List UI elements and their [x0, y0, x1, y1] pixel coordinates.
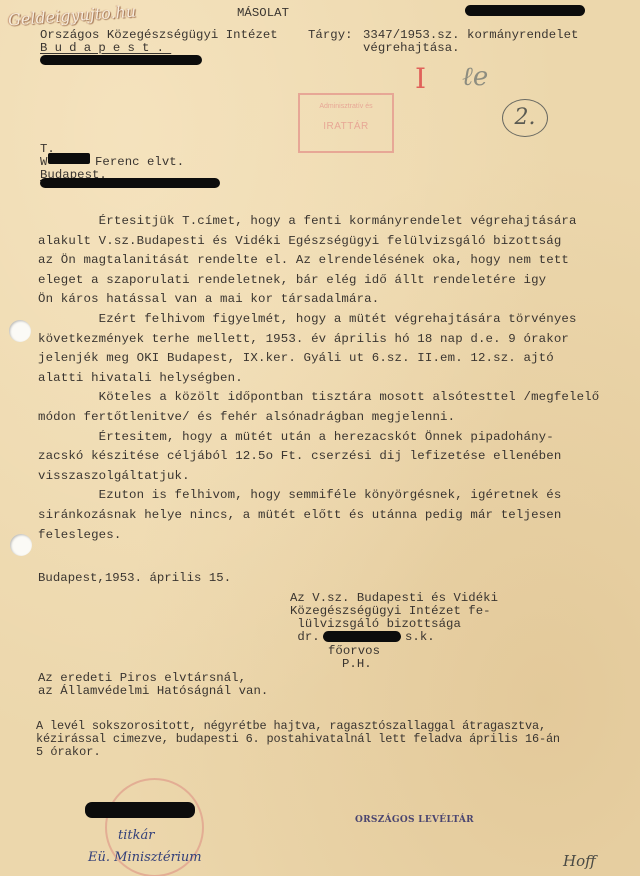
date-line: Budapest,1953. április 15.	[38, 572, 231, 586]
body-line: módon fertőtlenitve/ és fehér alsónadrág…	[38, 408, 599, 428]
body-line: az Ön magtalanitását rendelte el. Az elr…	[38, 251, 599, 271]
pencil-handwritten-mark: ℓe	[462, 62, 488, 92]
copy-label: MÁSOLAT	[237, 7, 289, 21]
body-line: Ön káros hatással van a mai kor társadal…	[38, 290, 599, 310]
signature-seal: P.H.	[342, 658, 372, 672]
redaction-footer-name	[85, 802, 195, 818]
body-line: felesleges.	[38, 526, 599, 546]
signature-line4-suffix: s.k.	[405, 631, 435, 645]
body-line: siránkozásnak helye nincs, a mütét előtt…	[38, 506, 599, 526]
body-line: alakult V.sz.Budapesti és Vidéki Egészsé…	[38, 232, 599, 252]
handwritten-initials: Hoff	[563, 852, 596, 870]
signature-line4-prefix: dr.	[290, 631, 320, 645]
body-line: alatti hivatali helységben.	[38, 369, 599, 389]
redaction-recipient-name	[48, 153, 90, 164]
body-line: Értesitem, hogy a mütét után a herezacsk…	[38, 428, 599, 448]
body-line: Értesitjük T.címet, hogy a fenti kormány…	[38, 212, 599, 232]
red-handwritten-mark: I	[415, 62, 426, 95]
letter-body: Értesitjük T.címet, hogy a fenti kormány…	[38, 212, 599, 545]
body-line: Ezért felhivom figyelmét, hogy a mütét v…	[38, 310, 599, 330]
handwritten-ministry: Eü. Minisztérium	[88, 850, 202, 865]
mailing-note-line2: kézirással cimezve, budapesti 6. postahi…	[36, 733, 560, 747]
mailing-note-line3: 5 órakor.	[36, 746, 101, 760]
punch-hole-lower	[10, 534, 32, 556]
registry-stamp-line2: IRATTÁR	[300, 121, 392, 132]
subject-line2: végrehajtása.	[363, 42, 460, 56]
body-line: visszaszolgáltatjuk.	[38, 467, 599, 487]
circled-page-number: 2.	[502, 99, 548, 137]
redaction-sender-ref	[40, 55, 202, 65]
body-line: eleget a szaporulati rendeletnek, bár el…	[38, 271, 599, 291]
redaction-top-right	[465, 5, 585, 16]
watermark-logo: Geldeigyujto.hu	[7, 2, 136, 30]
registry-stamp-line1: Adminisztratív és	[300, 103, 392, 110]
body-line: jelenjék meg OKI Budapest, IX.ker. Gyáli…	[38, 349, 599, 369]
handwritten-title: titkár	[118, 828, 154, 843]
subject-label: Tárgy:	[308, 29, 353, 43]
body-line: zacskó készitése céljából 12.5o Ft. cser…	[38, 447, 599, 467]
body-line: következmények terhe mellett, 1953. év á…	[38, 330, 599, 350]
body-line: Ezuton is felhivom, hogy semmiféle könyö…	[38, 486, 599, 506]
body-line: Köteles a közölt időpontban tisztára mos…	[38, 388, 599, 408]
recipient-name: Ferenc elvt.	[95, 156, 184, 170]
registry-stamp: Adminisztratív és IRATTÁR	[298, 93, 394, 153]
original-note-line2: az Államvédelmi Hatóságnál van.	[38, 685, 268, 699]
national-archive-stamp: ORSZÁGOS LEVÉLTÁR	[355, 815, 474, 825]
redaction-signer-name	[323, 631, 401, 642]
punch-hole-upper	[9, 320, 31, 342]
redaction-recipient-address	[40, 178, 220, 188]
sender-city: Budapest.	[40, 42, 171, 56]
